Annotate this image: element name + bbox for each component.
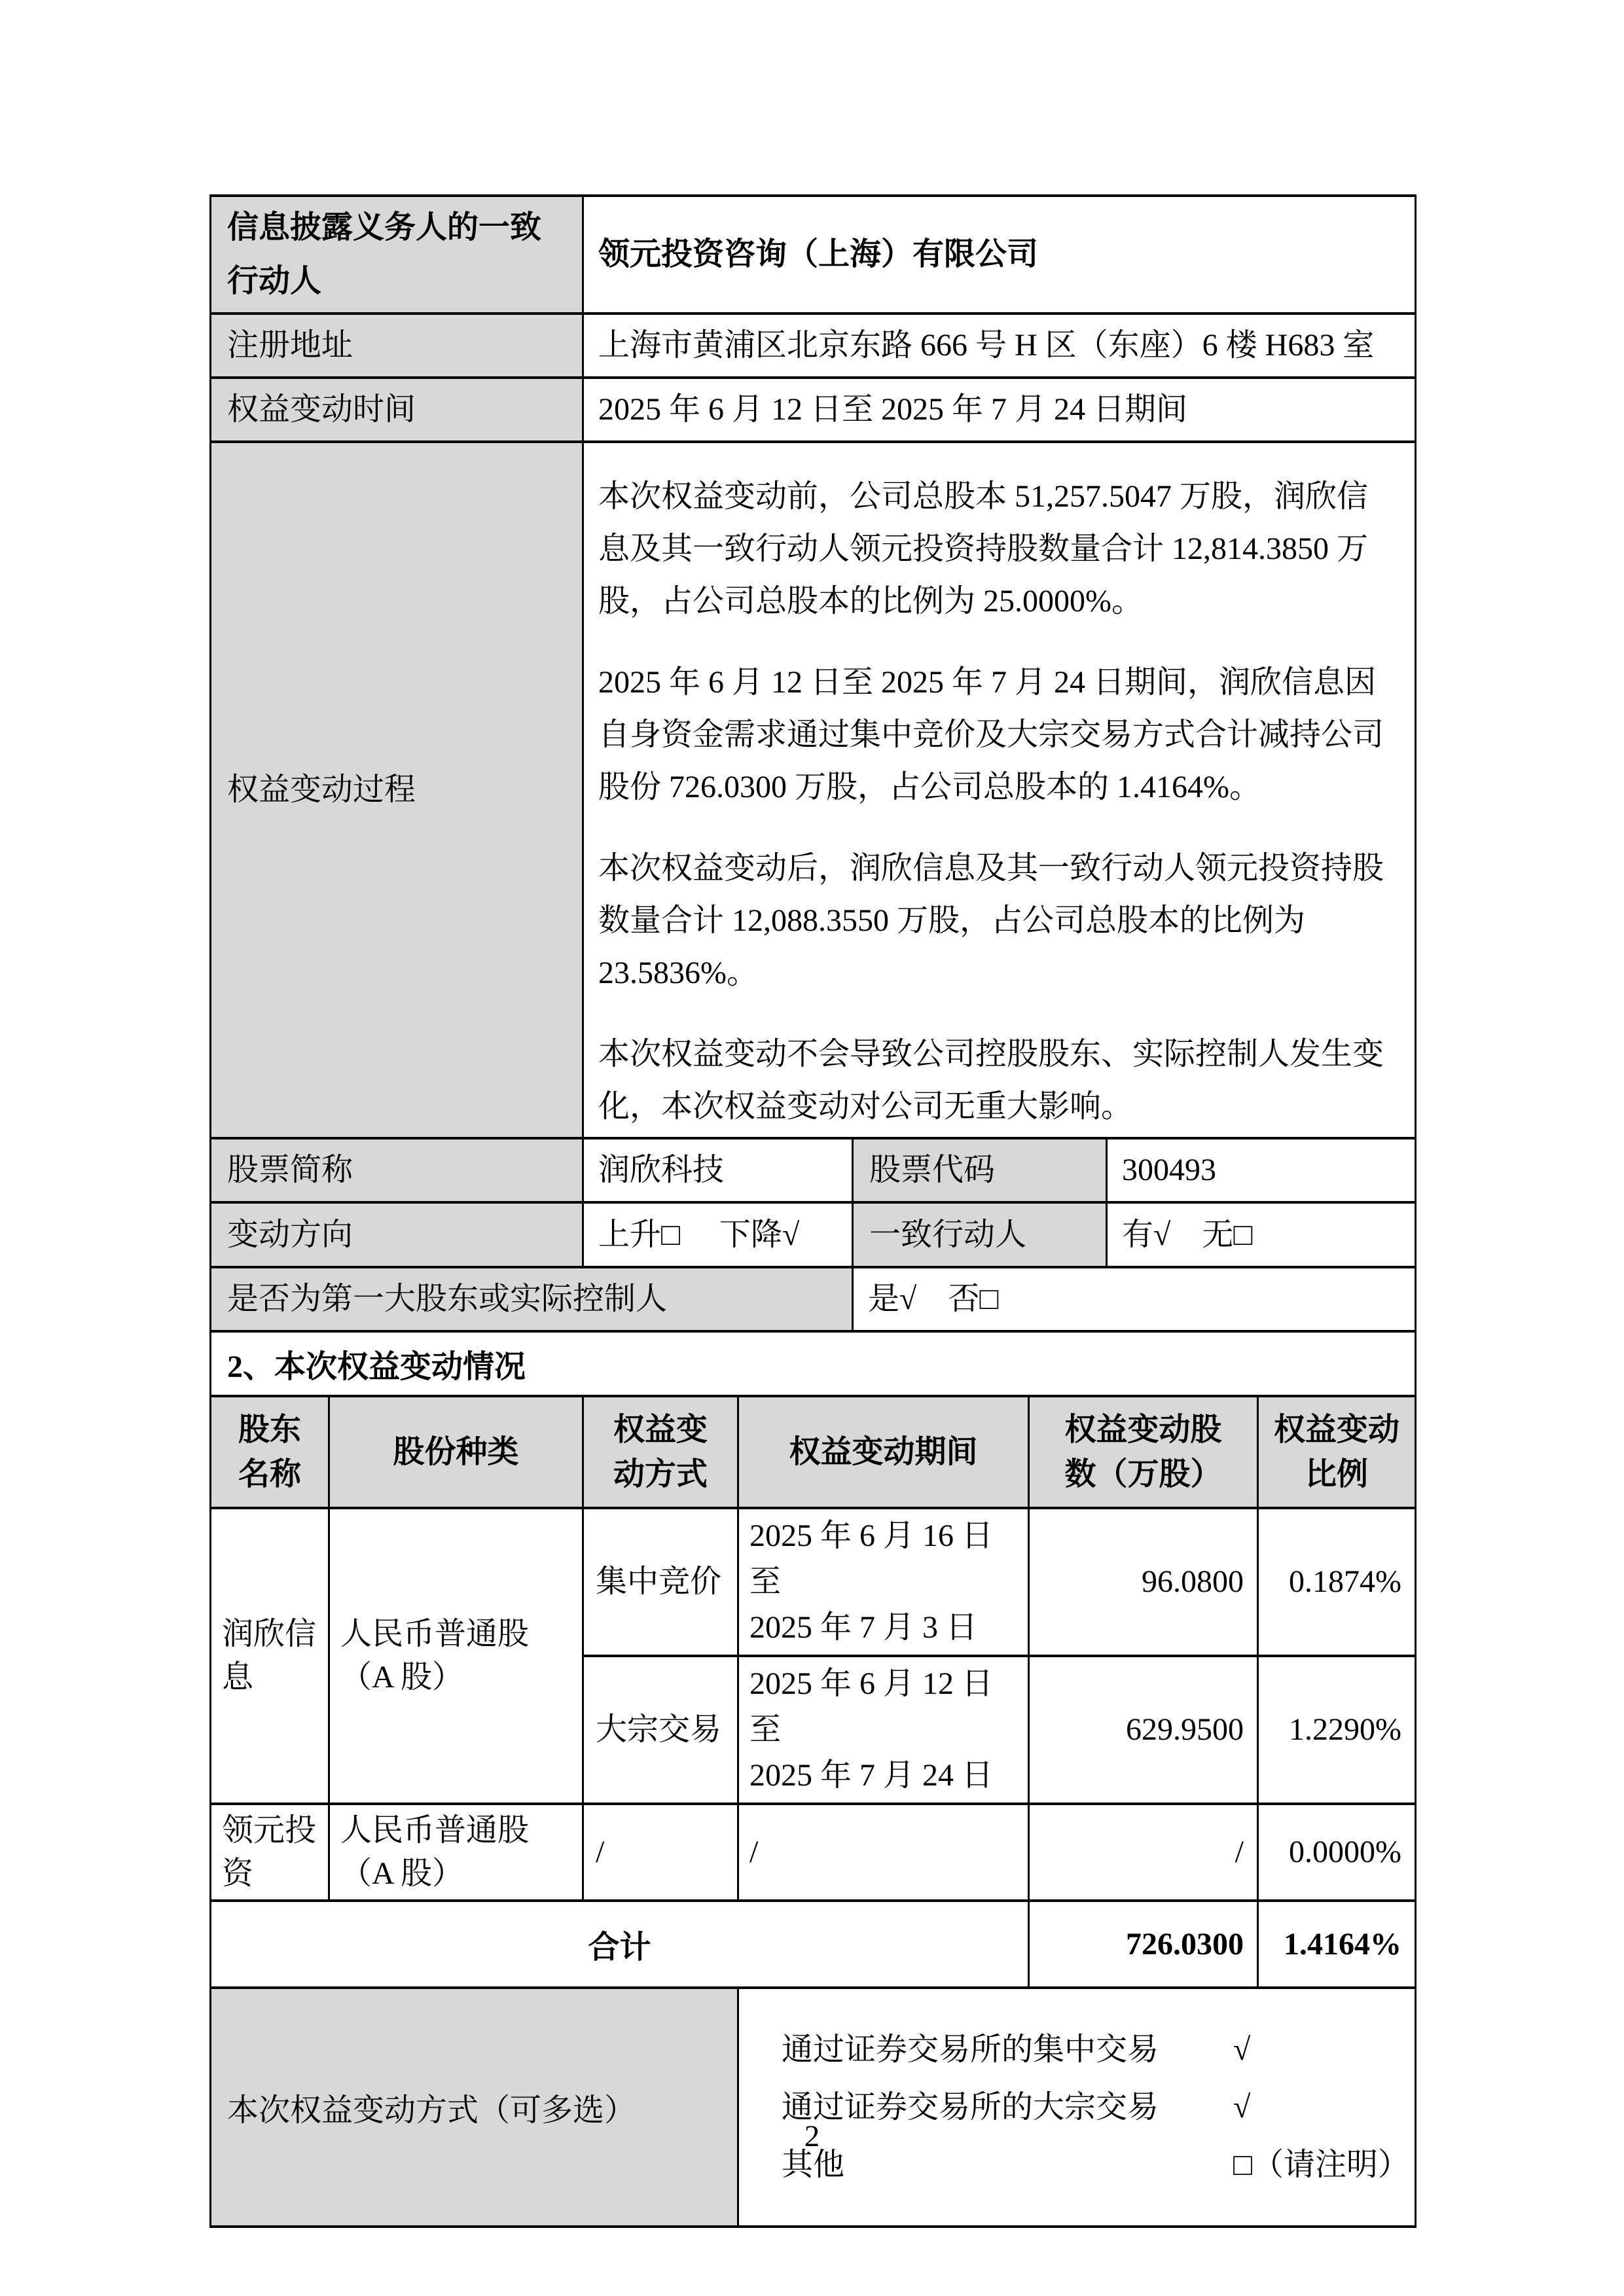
ratio-changed: 0.1874% [1258,1508,1416,1656]
header-shares: 权益变动股数（万股） [1029,1396,1258,1508]
change-process-value: 本次权益变动前，公司总股本 51,257.5047 万股，润欣信息及其一致行动人… [583,442,1416,1138]
share-type: 人民币普通股（A 股） [329,1804,583,1901]
table-row: 领元投资 人民币普通股（A 股） / / / 0.0000% [211,1804,1416,1901]
period-line: 2025 年 6 月 12 日至 [749,1661,1017,1753]
row-section2-title: 2、本次权益变动情况 [211,1331,1416,1396]
change-period: / [738,1804,1029,1901]
row-change-process: 权益变动过程 本次权益变动前，公司总股本 51,257.5047 万股，润欣信息… [211,442,1416,1138]
disclosure-document: 信息披露义务人的一致行动人 领元投资咨询（上海）有限公司 注册地址 上海市黄浦区… [209,194,1415,2228]
change-methods-options: 通过证券交易所的集中交易 √ 通过证券交易所的大宗交易 √ 其他 □（请注明） [738,1988,1416,2227]
period-line: 2025 年 7 月 24 日 [749,1753,1017,1799]
period-line: / [749,1829,1017,1875]
page-number: 2 [0,2119,1624,2153]
change-detail-table: 股东名称 股份种类 权益变动方式 权益变动期间 权益变动股数（万股） 权益变动比… [209,1395,1416,2228]
shareholder-name: 润欣信息 [211,1508,329,1804]
header-period: 权益变动期间 [738,1396,1029,1508]
page: 信息披露义务人的一致行动人 领元投资咨询（上海）有限公司 注册地址 上海市黄浦区… [0,0,1624,2296]
stock-code-label: 股票代码 [853,1138,1107,1202]
shares-changed: 96.0800 [1029,1508,1258,1656]
total-row: 合计 726.0300 1.4164% [211,1901,1416,1988]
process-paragraph: 本次权益变动不会导致公司控股股东、实际控制人发生变化，本次权益变动对公司无重大影… [598,1028,1398,1133]
change-method: 大宗交易 [583,1656,738,1804]
total-ratio: 1.4164% [1258,1901,1416,1988]
change-period: 2025 年 6 月 16 日至 2025 年 7 月 3 日 [738,1508,1029,1656]
registered-address-value: 上海市黄浦区北京东路 666 号 H 区（东座）6 楼 H683 室 [583,314,1416,378]
total-label: 合计 [211,1901,1029,1988]
change-period-value: 2025 年 6 月 12 日至 2025 年 7 月 24 日期间 [583,378,1416,442]
row-largest-shareholder: 是否为第一大股东或实际控制人 是√ 否□ [211,1267,1416,1331]
change-period: 2025 年 6 月 12 日至 2025 年 7 月 24 日 [738,1656,1029,1804]
concert-party-label: 一致行动人 [853,1202,1107,1267]
direction-value: 上升□ 下降√ [583,1202,853,1267]
row-registered-address: 注册地址 上海市黄浦区北京东路 666 号 H 区（东座）6 楼 H683 室 [211,314,1416,378]
header-ratio: 权益变动比例 [1258,1396,1416,1508]
stock-name-value: 润欣科技 [583,1138,853,1202]
checked-mark: √ [1233,2021,1250,2079]
largest-shareholder-label: 是否为第一大股东或实际控制人 [211,1267,853,1331]
largest-shareholder-value: 是√ 否□ [853,1267,1416,1331]
process-paragraph: 本次权益变动后，润欣信息及其一致行动人领元投资持股数量合计 12,088.355… [598,842,1398,999]
row-actor: 信息披露义务人的一致行动人 领元投资咨询（上海）有限公司 [211,196,1416,314]
row-stock: 股票简称 润欣科技 股票代码 300493 [211,1138,1416,1202]
actor-value: 领元投资咨询（上海）有限公司 [583,196,1416,314]
shares-changed: 629.9500 [1029,1656,1258,1804]
change-method: / [583,1804,738,1901]
actor-label: 信息披露义务人的一致行动人 [211,196,583,314]
share-type: 人民币普通股（A 股） [329,1508,583,1804]
stock-name-label: 股票简称 [211,1138,583,1202]
summary-table: 信息披露义务人的一致行动人 领元投资咨询（上海）有限公司 注册地址 上海市黄浦区… [209,194,1416,1397]
row-change-methods: 本次权益变动方式（可多选） 通过证券交易所的集中交易 √ 通过证券交易所的大宗交… [211,1988,1416,2227]
concert-party-value: 有√ 无□ [1107,1202,1416,1267]
change-process-label: 权益变动过程 [211,442,583,1138]
total-shares: 726.0300 [1029,1901,1258,1988]
direction-label: 变动方向 [211,1202,583,1267]
change-methods-label: 本次权益变动方式（可多选） [211,1988,738,2227]
stock-code-value: 300493 [1107,1138,1416,1202]
row-direction: 变动方向 上升□ 下降√ 一致行动人 有√ 无□ [211,1202,1416,1267]
section2-title: 2、本次权益变动情况 [211,1331,1416,1396]
row-change-period: 权益变动时间 2025 年 6 月 12 日至 2025 年 7 月 24 日期… [211,378,1416,442]
shareholder-name: 领元投资 [211,1804,329,1901]
header-share-type: 股份种类 [329,1396,583,1508]
change-period-label: 权益变动时间 [211,378,583,442]
header-method: 权益变动方式 [583,1396,738,1508]
process-paragraph: 2025 年 6 月 12 日至 2025 年 7 月 24 日期间，润欣信息因… [598,656,1398,814]
change-method: 集中竞价 [583,1508,738,1656]
shares-changed: / [1029,1804,1258,1901]
period-line: 2025 年 6 月 16 日至 [749,1513,1017,1605]
method-option-text: 通过证券交易所的集中交易 [782,2021,1233,2079]
ratio-changed: 0.0000% [1258,1804,1416,1901]
registered-address-label: 注册地址 [211,314,583,378]
ratio-changed: 1.2290% [1258,1656,1416,1804]
detail-header-row: 股东名称 股份种类 权益变动方式 权益变动期间 权益变动股数（万股） 权益变动比… [211,1396,1416,1508]
method-option: 通过证券交易所的集中交易 √ [782,2021,1401,2079]
header-shareholder: 股东名称 [211,1396,329,1508]
table-row: 润欣信息 人民币普通股（A 股） 集中竞价 2025 年 6 月 16 日至 2… [211,1508,1416,1656]
process-paragraph: 本次权益变动前，公司总股本 51,257.5047 万股，润欣信息及其一致行动人… [598,471,1398,628]
period-line: 2025 年 7 月 3 日 [749,1605,1017,1651]
